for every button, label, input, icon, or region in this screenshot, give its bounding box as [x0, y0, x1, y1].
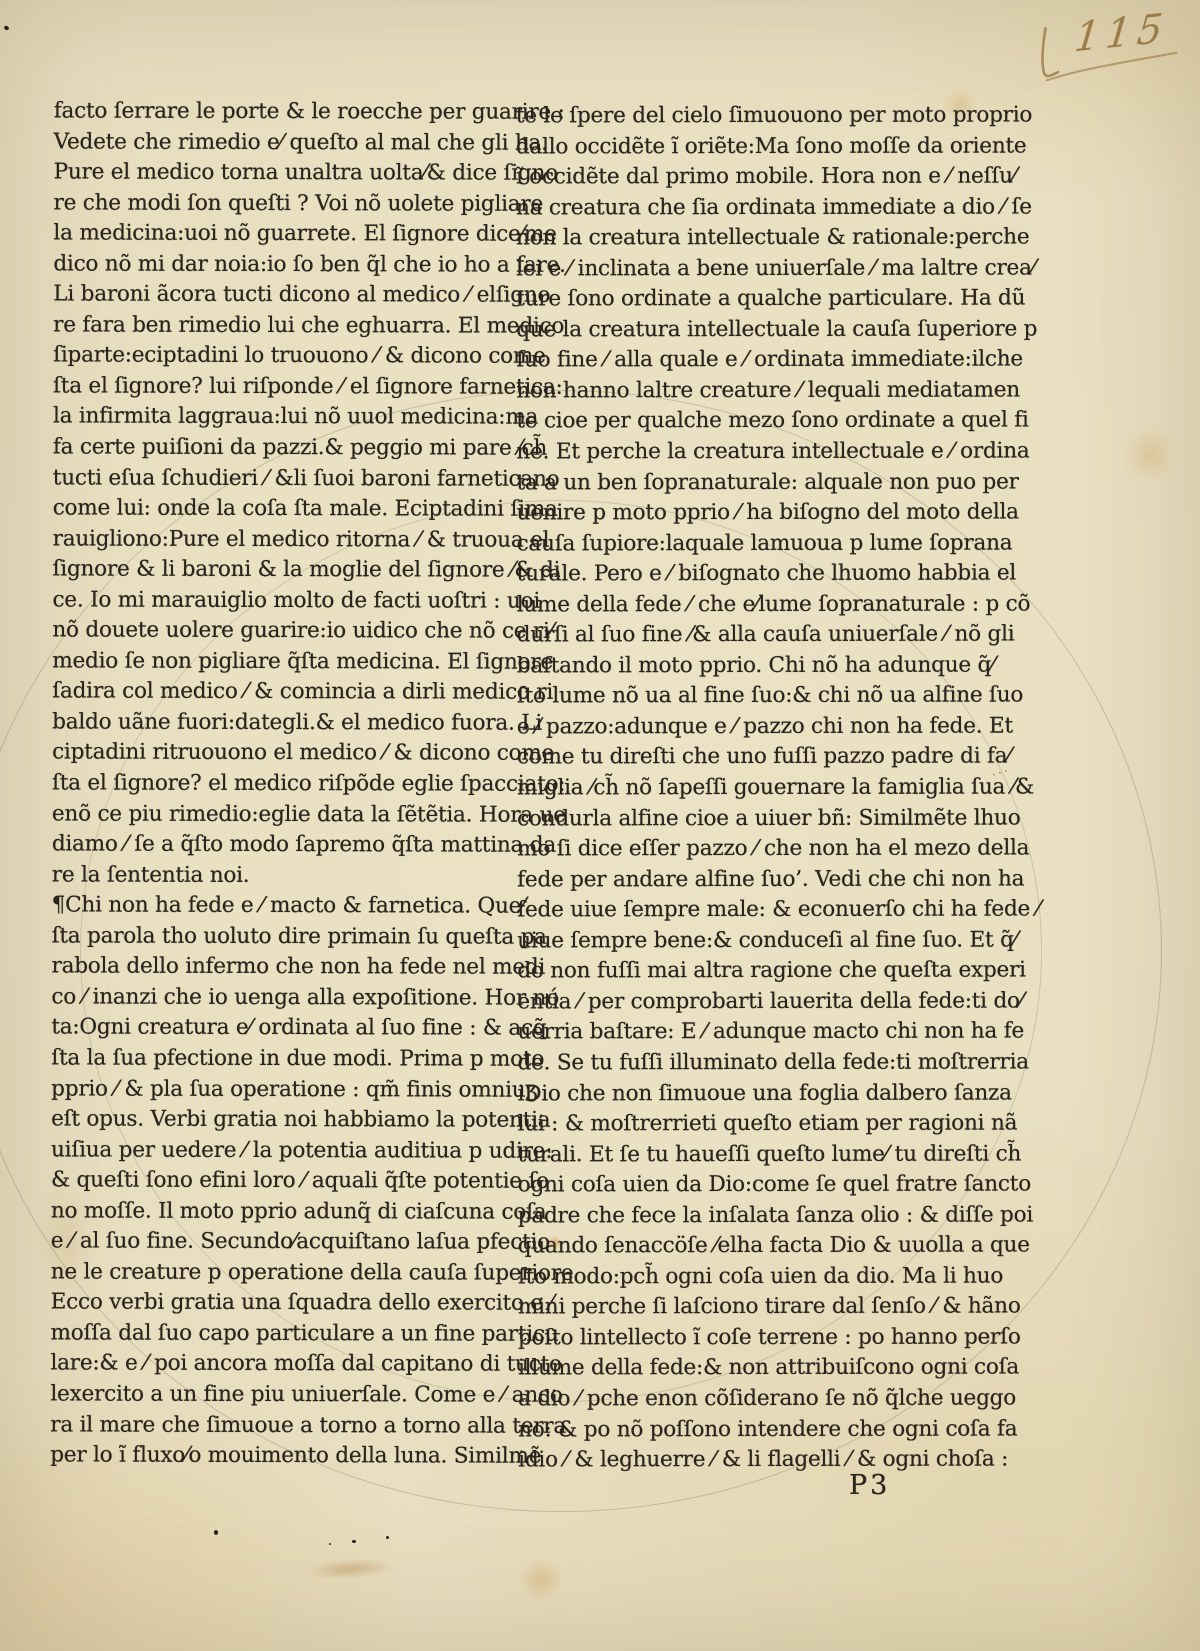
text-line: la medicina:uoi nõ guarrete. El ſignore …	[53, 219, 493, 251]
text-line: medio ſe non pigliare q̃ſta medicina. El…	[52, 646, 492, 678]
text-line: dico nõ mi dar noia:io ſo ben q̃l che io…	[53, 249, 493, 281]
text-line: baldo uãne fuori:dategli.& el medico fuo…	[52, 707, 492, 739]
text-line: ne le creature p operatione della cauſa …	[51, 1257, 491, 1289]
text-line: ſta el ſignore? lui riſponde ⁄ el ſignor…	[53, 371, 493, 403]
text-line: lare:& e ⁄ poi ancora moſſa dal capitano…	[50, 1349, 490, 1381]
text-line: ogni coſa uien da Dio:come ſe quel fratr…	[518, 1170, 968, 1201]
text-line: eſt opus. Verbi gratia noi habbiamo la p…	[51, 1104, 491, 1136]
text-line: co ⁄ inanzi che io uenga alla expoſition…	[51, 982, 491, 1014]
text-line: Pure el medico torna unaltra uolta⁄& dic…	[54, 158, 494, 190]
text-line: come tu direſti che uno fuſſi pazzo padr…	[517, 742, 967, 773]
text-line: illume della fede:& non attribuiſcono og…	[518, 1353, 968, 1384]
text-line: ſta parola tho uoluto dire primain ſu qu…	[52, 921, 492, 953]
text-line: ſiparte:eciptadini lo truouono ⁄ & dicon…	[53, 341, 493, 373]
text-line: ture ſono ordinate a qualche particulare…	[516, 284, 966, 315]
ink-speck	[352, 1540, 356, 1543]
text-line: mo ſi dice eſſer pazzo ⁄ che non ha el m…	[517, 834, 967, 865]
text-line: na creatura che ſia ordinata immediate a…	[516, 192, 966, 223]
text-line: fa certe puiſioni da pazzi.& peggio mi p…	[53, 432, 493, 464]
text-line: quando ſenaccöſe ⁄elha facta Dio & uuoll…	[518, 1231, 968, 1262]
paper-stain	[516, 1560, 566, 1600]
text-line: entia ⁄ per comprobarti lauerita della f…	[517, 986, 967, 1017]
text-line: idio ⁄ & leghuerre ⁄ & li flagelli ⁄ & o…	[518, 1445, 968, 1476]
text-line: & queſti ſono efini loro ⁄ aquali q̃ſte …	[51, 1166, 491, 1198]
text-line: ra il mare che ſimuoue a torno a torno a…	[50, 1410, 490, 1442]
text-line: que la creatura intellectuale la cauſa ſ…	[516, 314, 966, 345]
text-line: durſi al ſuo fine ⁄& alla cauſa uniuerſa…	[517, 620, 967, 651]
text-line: cauſa ſupiore:laquale lamuoua p lume ſop…	[517, 528, 967, 559]
text-line: do non fuſſi mai altra ragione che queſt…	[517, 956, 967, 987]
text-column-left: facto ſerrare le porte & le roecche per …	[50, 96, 494, 1472]
text-line: poſto lintellecto ĩ coſe terrene : po ha…	[518, 1322, 968, 1353]
ink-speck	[3, 25, 9, 31]
text-line: ſta el ſignore? el medico riſpõde eglie …	[52, 768, 492, 800]
text-line: enõ ce piu rimedio:eglie data la ſẽtẽtia…	[52, 799, 492, 831]
text-line: Li baroni ãcora tucti dicono al medico ⁄…	[53, 280, 493, 312]
ink-speck	[386, 1536, 389, 1539]
text-line: ſadira col medico ⁄ & comincia a dirli m…	[52, 677, 492, 709]
text-line: lume della fede ⁄ che e⁄lume ſopranatura…	[517, 589, 967, 620]
text-line: e ⁄ pazzo:adunque e ⁄ pazzo chi non ha f…	[517, 712, 967, 743]
text-line: miglia ⁄ch̃ nõ ſapeſſi gouernare la fami…	[517, 773, 967, 804]
text-line: padre che fece la inſalata ſanza olio : …	[518, 1200, 968, 1231]
text-line: ne. Et perche la creatura intellectuale …	[516, 437, 966, 468]
text-line: ce. Io mi marauiglio molto de facti uoſt…	[52, 585, 492, 617]
text-line: re che modi ſon queſti ? Voi nõ uolete p…	[53, 188, 493, 220]
text-line: uenire p moto pprio ⁄ ha biſogno del mot…	[516, 498, 966, 529]
text-line: ta:Ogni creatura e⁄ ordinata al ſuo fine…	[51, 1013, 491, 1045]
text-line: condurla alfine cioe a uiuer bñ: Similmẽ…	[517, 803, 967, 834]
text-line: iDio che non ſimuoue una foglia dalbero …	[518, 1078, 968, 1109]
text-line: no moſſe. Il moto pprio adunq̃ di ciaſcu…	[51, 1196, 491, 1228]
quire-signature: P3	[849, 1470, 890, 1501]
text-line: fede uiue ſempre male: & econuerſo chi h…	[517, 895, 967, 926]
text-line: no: & po nõ poſſono intendere che ogni c…	[518, 1414, 968, 1445]
text-line: rabola dello infermo che non ha fede nel…	[51, 952, 491, 984]
text-line: uerria baſtare: E ⁄ adunque macto chi no…	[517, 1017, 967, 1048]
text-line: ta a un ben ſopranaturale: alquale non p…	[516, 467, 966, 498]
text-line: rauigliono:Pure el medico ritorna ⁄ & tr…	[53, 524, 493, 556]
text-line: uiſiua per uedere ⁄ la potentia auditiua…	[51, 1135, 491, 1167]
ink-speck	[214, 1530, 218, 1535]
ink-speck	[329, 1543, 331, 1545]
text-line: baſtando il moto pprio. Chi nõ ha adunqu…	[517, 650, 967, 681]
text-line: e ⁄ al ſuo fine. Secundo⁄acquiſtano laſu…	[51, 1227, 491, 1259]
text-line: nõ douete uolere guarire:io uidico che n…	[52, 616, 492, 648]
incunabulum-page-scan: 115 facto ſerrare le porte & le roecche …	[0, 0, 1200, 1651]
text-line: diamo ⁄ ſe a q̃ſto modo ſapremo q̃ſta ma…	[52, 830, 492, 862]
text-line: te le ſpere del cielo ſimuouono per moto…	[516, 101, 966, 132]
text-line: ĩ occidẽte dal primo mobile. Hora non e …	[516, 162, 966, 193]
text-line: per lo ĩ fluxo⁄o mouimento della luna. S…	[50, 1440, 490, 1472]
text-line: ſignore & li baroni & la moglie del ſign…	[53, 555, 493, 587]
text-line: come lui: onde la coſa ſta male. Eciptad…	[53, 494, 493, 526]
text-line: turale. Pero e ⁄ biſognato che lhuomo ha…	[517, 559, 967, 590]
text-line: ſto lume nõ ua al fine ſuo:& chi nõ ua a…	[517, 681, 967, 712]
text-line: ciptadini ritruouono el medico ⁄ & dicon…	[52, 738, 492, 770]
text-line: la infirmita laggraua:lui nõ uuol medici…	[53, 402, 493, 434]
text-line: pprio ⁄ & pla ſua operatione : qm̃ finis…	[51, 1074, 491, 1106]
text-line: ¶Chi non ha fede e ⁄ macto & farnetica. …	[52, 891, 492, 923]
text-line: re fara ben rimedio lui che eghuarra. El…	[53, 310, 493, 342]
text-line: ſto modo:pch̃ ogni coſa uien da dio. Ma …	[518, 1261, 968, 1292]
ink-smudge	[307, 1557, 392, 1581]
handwritten-folio-number: 115	[1014, 0, 1199, 105]
text-line: lei e ⁄ inclinata a bene uniuerſale ⁄ ma…	[516, 253, 966, 284]
text-line: ſta la ſua pfectione in due modi. Prima …	[51, 1043, 491, 1075]
text-line: lui : & moſtrerrieti queſto etiam per ra…	[518, 1109, 968, 1140]
text-line: Vedete che rimedio e⁄ queſto al mal che …	[54, 127, 494, 159]
text-line: ſuo fine ⁄ alla quale e ⁄ ordinata immed…	[516, 345, 966, 376]
text-line: uiue ſempre bene:& conduceſi al fine ſuo…	[517, 925, 967, 956]
text-line: non la creatura intellectuale & rational…	[516, 223, 966, 254]
text-line: a dio ⁄ pche enon cõſiderano ſe nõ q̃lch…	[518, 1384, 968, 1415]
paper-stain	[1120, 430, 1180, 480]
text-line: re la ſententia noi.	[52, 860, 492, 892]
text-line: dallo occidẽte ĩ oriẽte:Ma ſono moſſe da…	[516, 131, 966, 162]
text-column-right: te le ſpere del cielo ſimuouono per moto…	[516, 101, 968, 1476]
text-line: tucti eſua ſchudieri ⁄ &li ſuoi baroni f…	[53, 463, 493, 495]
text-line: de. Se tu fuſſi illuminato della fede:ti…	[517, 1048, 967, 1079]
text-line: fede per andare alfine ſuo’. Vedi che ch…	[517, 864, 967, 895]
text-line: facto ſerrare le porte & le roecche per …	[54, 96, 494, 128]
text-line: te cioe per qualche mezo ſono ordinate a…	[516, 406, 966, 437]
text-line: lexercito a un fine piu uniuerſale. Come…	[50, 1379, 490, 1411]
text-line: moſſa dal ſuo capo particulare a un fine…	[51, 1318, 491, 1350]
text-line: non hanno laltre creature ⁄ lequali medi…	[516, 376, 966, 407]
text-line: mini perche ſi laſciono tirare dal ſenſo…	[518, 1292, 968, 1323]
text-line: Ecco verbi gratia una ſquadra dello exer…	[51, 1288, 491, 1320]
text-line: turali. Et ſe tu haueſſi queſto lume⁄ tu…	[518, 1139, 968, 1170]
